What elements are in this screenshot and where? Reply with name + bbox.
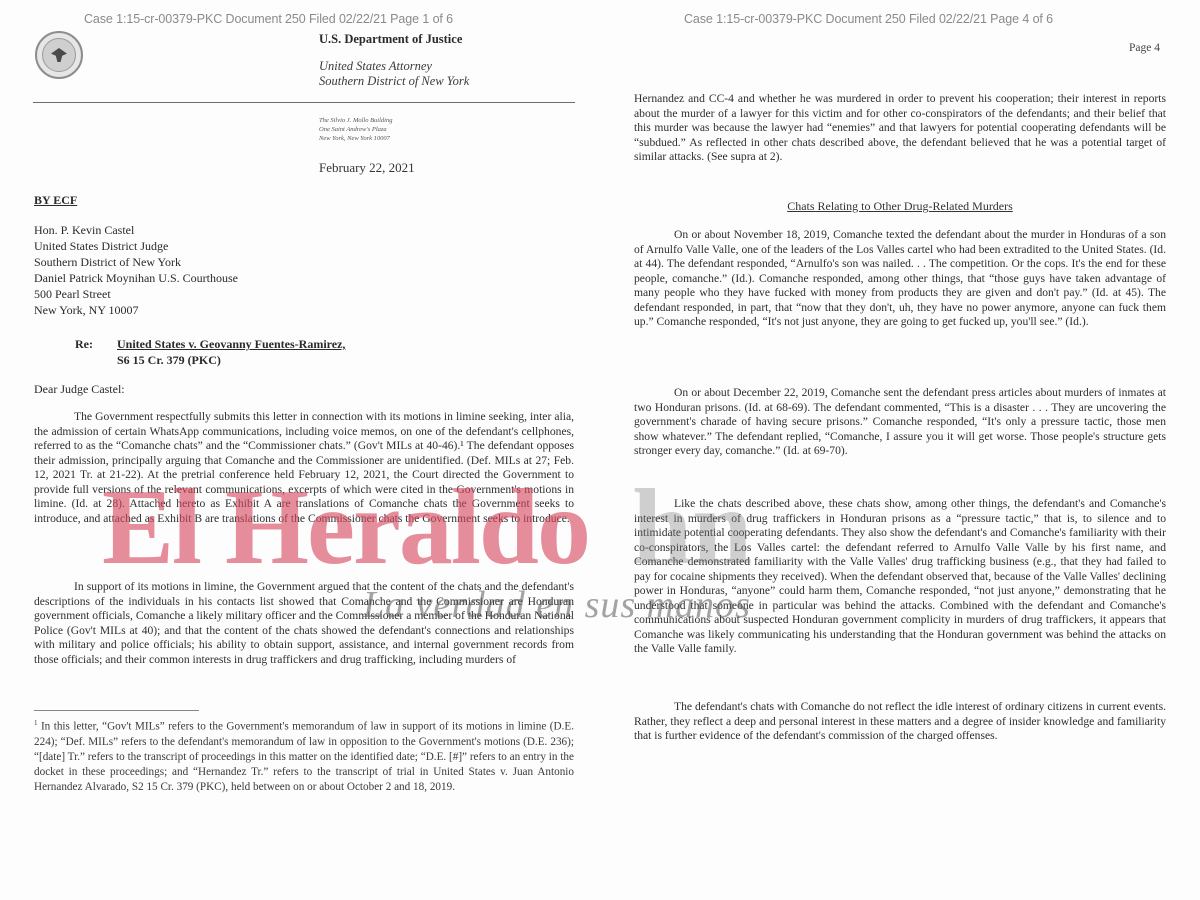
letter-date: February 22, 2021 bbox=[319, 160, 415, 176]
case-header: Case 1:15-cr-00379-PKC Document 250 File… bbox=[684, 12, 1053, 26]
case-name: United States v. Geovanny Fuentes-Ramire… bbox=[117, 337, 345, 351]
footnote: 1 In this letter, “Gov't MILs” refers to… bbox=[34, 716, 574, 795]
delivery-method: BY ECF bbox=[34, 193, 77, 208]
salutation: Dear Judge Castel: bbox=[34, 382, 125, 397]
re-line: Re:United States v. Geovanny Fuentes-Ram… bbox=[75, 336, 345, 368]
office-line: United States Attorney bbox=[319, 59, 469, 74]
doj-seal-icon bbox=[35, 31, 83, 79]
case-number: S6 15 Cr. 379 (PKC) bbox=[117, 352, 345, 368]
body-paragraph: The Government respectfully submits this… bbox=[34, 410, 574, 526]
document-page-4: Case 1:15-cr-00379-PKC Document 250 File… bbox=[600, 0, 1200, 900]
body-paragraph: On or about November 18, 2019, Comanche … bbox=[634, 228, 1166, 330]
recipient-address: Hon. P. Kevin Castel United States Distr… bbox=[34, 222, 238, 318]
office-address: The Silvio J. Mollo Building One Saint A… bbox=[319, 116, 392, 143]
case-header: Case 1:15-cr-00379-PKC Document 250 File… bbox=[84, 12, 453, 26]
page-number: Page 4 bbox=[1129, 42, 1160, 54]
letterhead: U.S. Department of Justice United States… bbox=[319, 32, 469, 89]
body-paragraph: Hernandez and CC-4 and whether he was mu… bbox=[634, 92, 1166, 165]
body-paragraph: In support of its motions in limine, the… bbox=[34, 580, 574, 667]
footnote-divider bbox=[34, 710, 199, 711]
body-paragraph: Like the chats described above, these ch… bbox=[634, 497, 1166, 657]
department-name: U.S. Department of Justice bbox=[319, 32, 469, 47]
office-line: Southern District of New York bbox=[319, 74, 469, 89]
section-heading: Chats Relating to Other Drug-Related Mur… bbox=[600, 199, 1200, 214]
letterhead-divider bbox=[33, 102, 575, 103]
body-paragraph: On or about December 22, 2019, Comanche … bbox=[634, 386, 1166, 459]
document-page-1: Case 1:15-cr-00379-PKC Document 250 File… bbox=[0, 0, 600, 900]
re-label: Re: bbox=[75, 336, 117, 352]
body-paragraph: The defendant's chats with Comanche do n… bbox=[634, 700, 1166, 744]
